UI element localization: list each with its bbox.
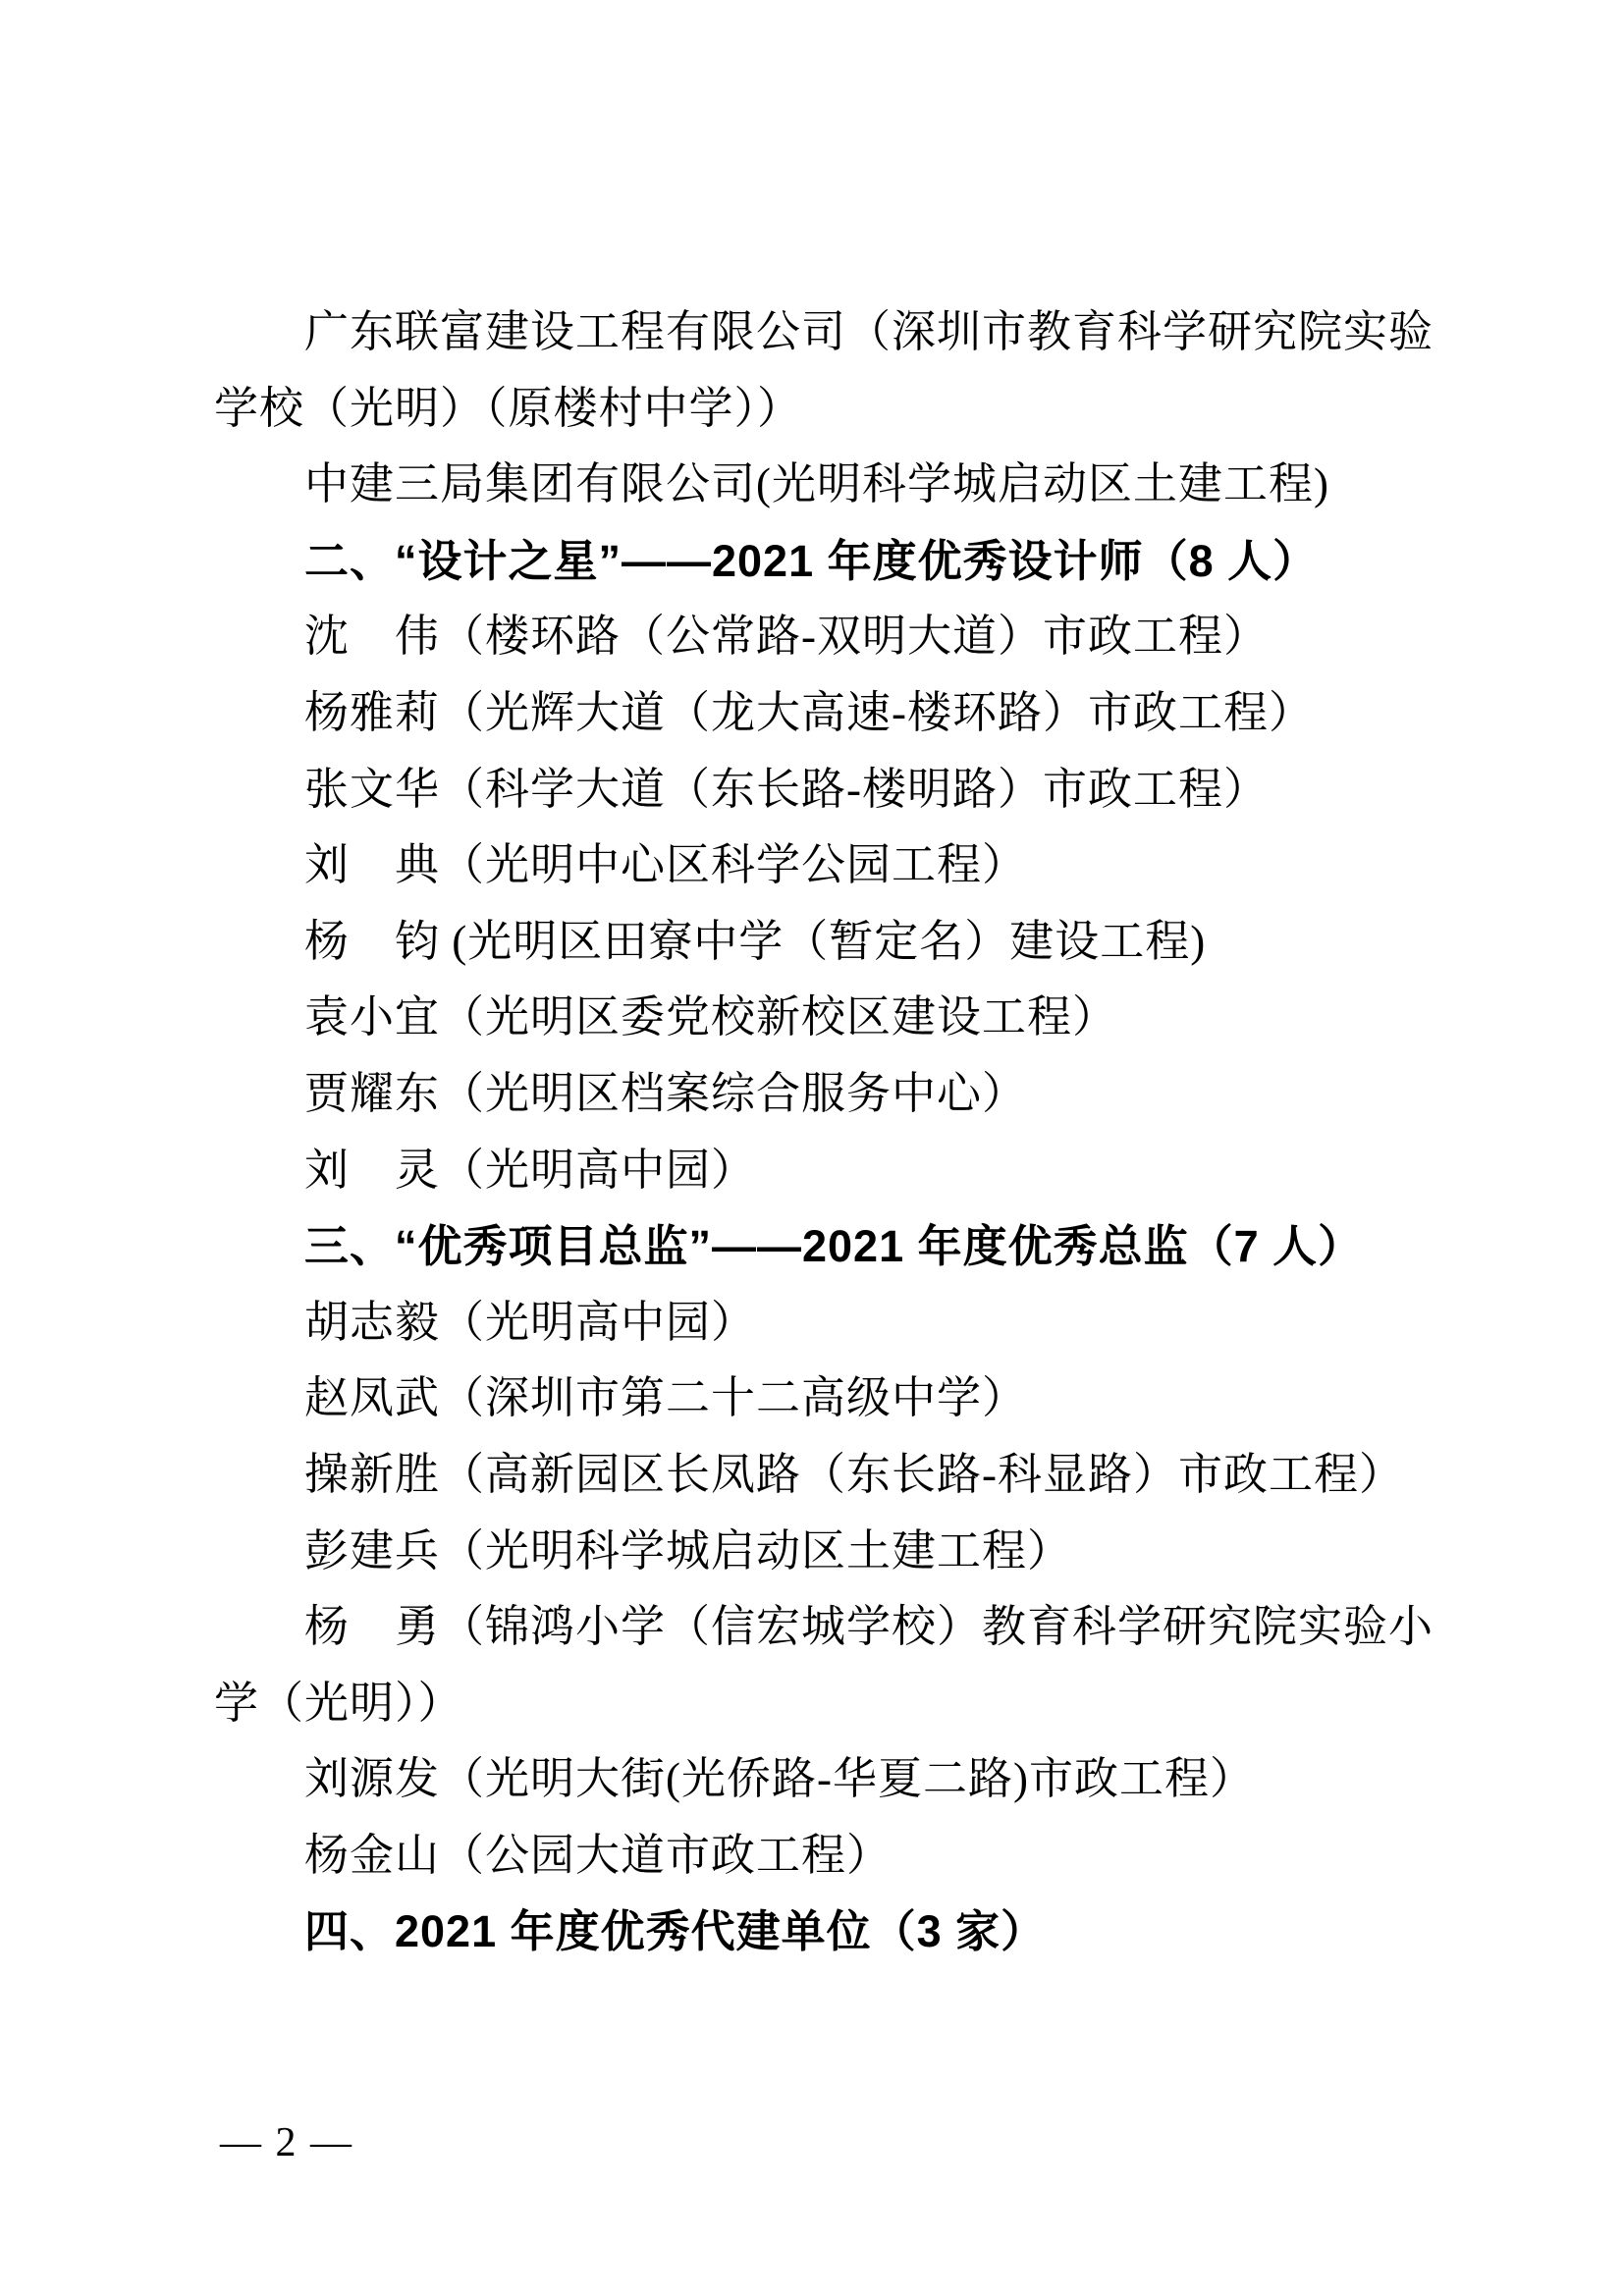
document-page: 广东联富建设工程有限公司（深圳市教育科学研究院实验学校（光明）（原楼村中学））中… [0,0,1623,2296]
document-line: 赵凤武（深圳市第二十二高级中学） [214,1361,1432,1437]
page-footer: — 2 — [220,2120,353,2165]
document-line: 沈 伟（楼环路（公常路-双明大道）市政工程） [214,599,1432,675]
document-line: 刘 灵（光明高中园） [214,1133,1432,1209]
section-heading: 三、“优秀项目总监”——2021 年度优秀总监（7 人） [214,1208,1432,1285]
section-heading: 四、2021 年度优秀代建单位（3 家） [214,1894,1432,1970]
document-line: 中建三局集团有限公司(光明科学城启动区土建工程) [214,447,1432,523]
page-number: — 2 — [220,2120,353,2165]
document-body: 广东联富建设工程有限公司（深圳市教育科学研究院实验学校（光明）（原楼村中学））中… [214,294,1432,1970]
document-line: 袁小宜（光明区委党校新校区建设工程） [214,980,1432,1056]
document-line: 刘 典（光明中心区科学公园工程） [214,828,1432,904]
document-line: 杨金山（公园大道市政工程） [214,1818,1432,1895]
document-line: 操新胜（高新园区长凤路（东长路-科显路）市政工程） [214,1437,1432,1514]
document-line: 学校（光明）（原楼村中学）） [214,371,1432,448]
document-line: 胡志毅（光明高中园） [214,1285,1432,1362]
document-line: 彭建兵（光明科学城启动区土建工程） [214,1514,1432,1590]
document-line: 学（光明）） [214,1666,1432,1742]
document-line: 杨雅莉（光辉大道（龙大高速-楼环路）市政工程） [214,675,1432,752]
document-line: 贾耀东（光明区档案综合服务中心） [214,1056,1432,1133]
section-heading: 二、“设计之星”——2021 年度优秀设计师（8 人） [214,523,1432,600]
document-line: 广东联富建设工程有限公司（深圳市教育科学研究院实验 [214,294,1432,371]
document-line: 杨 勇（锦鸿小学（信宏城学校）教育科学研究院实验小 [214,1589,1432,1666]
document-line: 刘源发（光明大街(光侨路-华夏二路)市政工程） [214,1741,1432,1818]
document-line: 张文华（科学大道（东长路-楼明路）市政工程） [214,752,1432,828]
document-line: 杨 钧 (光明区田寮中学（暂定名）建设工程) [214,904,1432,981]
